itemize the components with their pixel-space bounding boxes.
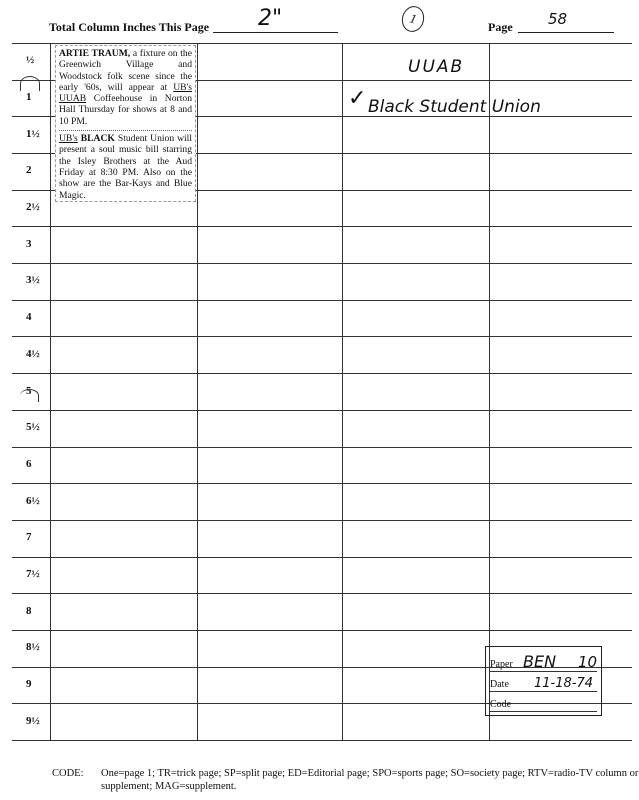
clipping-paragraph-1: ARTIE TRAUM, a fixture on the Greenwich … xyxy=(59,48,192,127)
code-legend-text: One=page 1; TR=trick page; SP=split page… xyxy=(101,767,639,793)
grid-row-line xyxy=(12,520,632,521)
grid-row-line xyxy=(12,373,632,374)
stamp-paper-label: Paper xyxy=(490,659,513,670)
grid-row-line xyxy=(12,263,632,264)
page-label: Page xyxy=(488,20,513,35)
margin-mark xyxy=(20,389,39,402)
margin-mark xyxy=(20,76,40,91)
total-column-inches-value: 2" xyxy=(258,6,282,31)
row-label: ½ xyxy=(26,54,54,66)
grid-row-line xyxy=(12,336,632,337)
grid-row-line xyxy=(12,630,632,631)
stamp-date-label: Date xyxy=(490,679,509,690)
clipping-lead: BLACK xyxy=(78,133,115,144)
stamp-code-row: Code xyxy=(490,693,597,712)
stamp-paper-number: 10 xyxy=(578,653,597,671)
column-divider-1 xyxy=(197,43,198,740)
grid-row-line xyxy=(12,300,632,301)
row-label: 9½ xyxy=(26,715,54,727)
page-number-line xyxy=(518,32,614,33)
total-column-inches-line xyxy=(213,32,338,33)
stamp-date-value: 11-18-74 xyxy=(534,676,593,691)
row-label: 7 xyxy=(26,531,54,543)
grid-row-line xyxy=(12,410,632,411)
column-divider-2 xyxy=(342,43,343,740)
grid-row-line xyxy=(12,593,632,594)
annotation-black-student-union: Black Student Union xyxy=(368,97,541,117)
row-label: 7½ xyxy=(26,568,54,580)
clipping-paragraph-2: UB's BLACK Student Union will present a … xyxy=(59,130,192,201)
annotation-uuab: UUAB xyxy=(408,57,464,77)
stamp-date-row: Date 11-18-74 xyxy=(490,673,597,692)
row-label: 9 xyxy=(26,678,54,690)
grid-row-line xyxy=(12,226,632,227)
row-label: 1 xyxy=(26,91,54,103)
stamp-paper-row: Paper BEN 10 xyxy=(490,653,597,672)
grid-row-line xyxy=(12,557,632,558)
row-label: 2 xyxy=(26,164,54,176)
row-label: 1½ xyxy=(26,128,54,140)
grid-row-line xyxy=(12,447,632,448)
clipping-lead: ARTIE TRAUM, xyxy=(59,48,130,59)
grid-row-line xyxy=(12,43,632,44)
column-divider-3 xyxy=(489,43,490,740)
row-label: 4½ xyxy=(26,348,54,360)
row-label: 6 xyxy=(26,458,54,470)
row-label: 6½ xyxy=(26,495,54,507)
stamp-paper-value: BEN xyxy=(523,652,556,671)
row-label: 8 xyxy=(26,605,54,617)
row-label: 3 xyxy=(26,238,54,250)
grid-row-line xyxy=(12,740,632,741)
page-number-value: 58 xyxy=(548,10,567,28)
row-label: 3½ xyxy=(26,274,54,286)
circled-number: 1 xyxy=(399,4,427,35)
code-legend-key: CODE: xyxy=(52,767,84,780)
row-label: 4 xyxy=(26,311,54,323)
check-mark-icon: ✓ xyxy=(348,86,366,111)
row-label: 5½ xyxy=(26,421,54,433)
stamp-code-label: Code xyxy=(490,699,511,710)
row-label: 2½ xyxy=(26,201,54,213)
newspaper-clipping: ARTIE TRAUM, a fixture on the Greenwich … xyxy=(55,45,196,202)
total-column-inches-label: Total Column Inches This Page xyxy=(49,20,209,35)
clipping-underlined: UB's xyxy=(59,133,78,144)
paper-date-code-stamp: Paper BEN 10 Date 11-18-74 Code xyxy=(485,646,602,716)
row-label: 8½ xyxy=(26,641,54,653)
grid-row-line xyxy=(12,483,632,484)
